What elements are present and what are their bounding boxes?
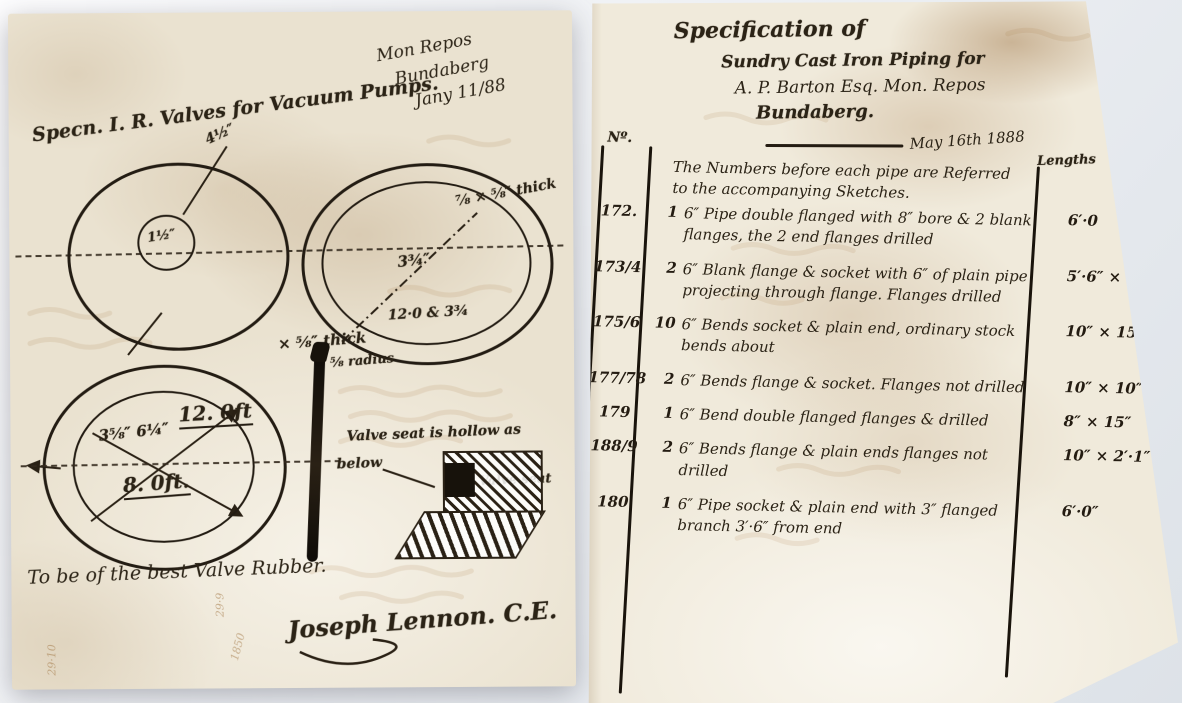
row-qty: 2 xyxy=(646,438,673,481)
row-length: 5′·6″ × 1′·0″ xyxy=(1050,266,1163,311)
faint-number-1: 29·9 xyxy=(213,593,226,618)
col-header-lengths: Lengths xyxy=(1037,152,1096,169)
center-dimension-label-b: 3¾″ xyxy=(397,249,432,271)
row-desc: 6″ Bends socket & plain end, ordinary st… xyxy=(681,314,1044,364)
spec-date: May 16th 1888 xyxy=(909,127,1025,153)
footer-note: To be of the best Valve Rubber. xyxy=(27,555,327,589)
row-no: 175/6 xyxy=(589,312,644,356)
left-document-page: Mon Repos Bundaberg Jany 11/88 Specn. I.… xyxy=(8,10,576,689)
row-length: 6′·0 xyxy=(1051,211,1152,256)
row-desc: 6″ Pipe double flanged with 8″ bore & 2 … xyxy=(683,203,1046,253)
row-qty: 2 xyxy=(650,258,677,301)
row-length: 8″ × 15″ xyxy=(1047,412,1147,435)
col-header-no: Nº. xyxy=(607,130,632,147)
valve-side-view-drawing xyxy=(307,346,326,562)
row-qty: 10 xyxy=(649,314,676,357)
corner-note: Mon Repos Bundaberg Jany 11/88 xyxy=(374,23,508,120)
row-desc: 6″ Bend double flanged flanges & drilled xyxy=(679,404,1041,433)
row-desc: 6″ Bends flange & socket. Flanges not dr… xyxy=(680,370,1042,399)
right-document-page: Specification of Sundry Cast Iron Piping… xyxy=(584,0,1178,703)
table-row: 172. 1 6″ Pipe double flanged with 8″ bo… xyxy=(591,201,1152,255)
row-no: 188/9 xyxy=(586,437,641,481)
quantity-label-c-text: 8. 0ft. xyxy=(122,468,190,500)
row-qty: 1 xyxy=(647,403,673,425)
table-row: 177/78 2 6″ Bends flange & socket. Flang… xyxy=(588,368,1148,401)
row-desc: 6″ Blank flange & socket with 6″ of plai… xyxy=(682,259,1045,309)
row-length: 6′·0″ xyxy=(1045,502,1146,547)
spec-table: 172. 1 6″ Pipe double flanged with 8″ bo… xyxy=(585,201,1152,559)
seat-note-line-2: below xyxy=(336,455,382,473)
row-no: 172. xyxy=(591,201,646,245)
spec-title-line-1: Specification of xyxy=(674,16,866,45)
row-no: 180 xyxy=(585,492,640,536)
table-row: 180 1 6″ Pipe socket & plain end with 3″… xyxy=(585,492,1146,546)
row-no: 177/78 xyxy=(588,368,642,390)
row-length: 10″ × 15″ xyxy=(1049,322,1150,367)
table-row: 175/6 10 6″ Bends socket & plain end, or… xyxy=(589,312,1150,366)
radius-label: ⅝ radius xyxy=(330,351,395,371)
table-row: 188/9 2 6″ Bends flange & plain ends fla… xyxy=(586,437,1147,491)
row-desc: 6″ Bends flange & plain ends flanges not… xyxy=(678,438,1041,488)
seat-note-line-1: Valve seat is hollow as xyxy=(346,422,521,445)
faint-number-3: 29·10 xyxy=(45,644,58,676)
spec-title-line-2: Sundry Cast Iron Piping for xyxy=(721,49,985,73)
row-qty: 1 xyxy=(645,493,672,536)
signature: Joseph Lennon. C.E. xyxy=(287,595,558,644)
row-qty: 1 xyxy=(651,202,678,245)
valve-seat-detail-ink-block xyxy=(445,463,475,497)
quantity-label-c: 8. 0ft. xyxy=(122,468,190,497)
spec-title-line-4: Bundaberg. xyxy=(756,101,874,124)
faint-number-2: 1850 xyxy=(228,632,248,662)
photo-stage: Mon Repos Bundaberg Jany 11/88 Specn. I.… xyxy=(0,0,1182,703)
rim-dimension-label: 4½″ xyxy=(203,121,237,148)
header-rule xyxy=(765,144,903,147)
intro-note: The Numbers before each pipe are Referre… xyxy=(672,157,1025,206)
row-no: 179 xyxy=(587,402,641,424)
valve-seat-detail-hatch-lower xyxy=(394,510,546,559)
row-length: 10″ × 2′·1″ xyxy=(1046,446,1150,491)
row-no: 173/4 xyxy=(590,257,645,301)
specification-content: Specification of Sundry Cast Iron Piping… xyxy=(574,0,1182,703)
row-qty: 2 xyxy=(648,369,674,391)
spec-title-line-3: A. P. Barton Esq. Mon. Repos xyxy=(734,75,985,99)
table-row: 173/4 2 6″ Blank flange & socket with 6″… xyxy=(590,257,1151,311)
row-length: 10″ × 10″ xyxy=(1048,378,1148,401)
table-row: 179 1 6″ Bend double flanged flanges & d… xyxy=(587,402,1147,435)
row-desc: 6″ Pipe socket & plain end with 3″ flang… xyxy=(677,494,1040,544)
valve-plan-bottom-inner-circle xyxy=(72,390,255,543)
